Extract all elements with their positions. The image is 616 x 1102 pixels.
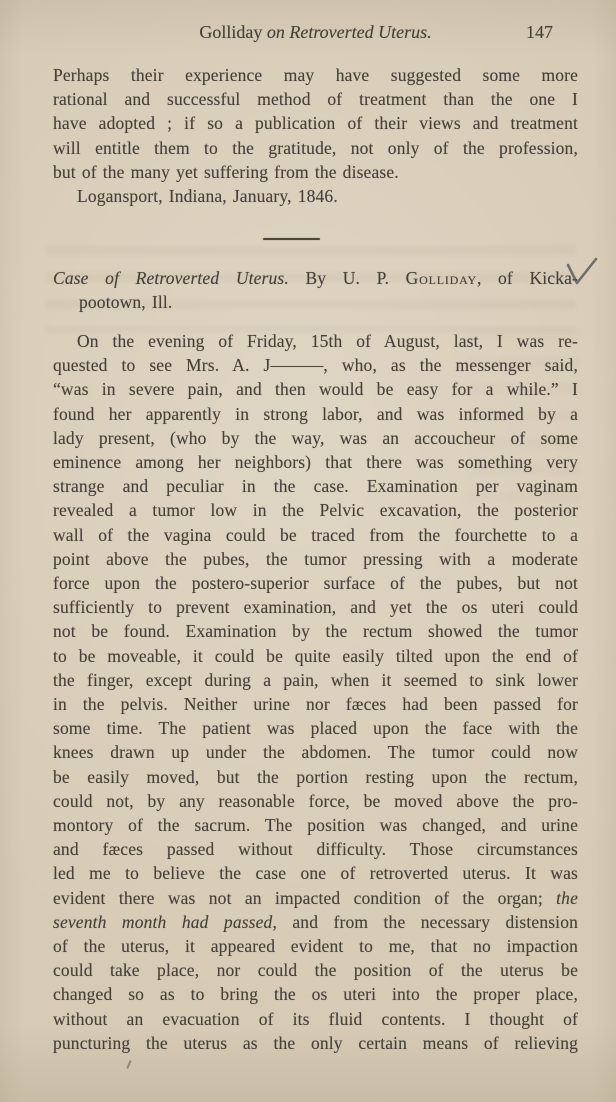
text-line: point above the pubes, the tumor pressin…	[53, 547, 578, 571]
italic-text: Case of Retroverted Uterus.	[53, 268, 289, 288]
text-line: without an evacuation of its fluid conte…	[53, 1007, 578, 1031]
case-heading: Case of Retroverted Uterus. By U. P. Gol…	[53, 266, 578, 314]
text-line: On the evening of Friday, 15th of August…	[53, 329, 578, 353]
text-line: rational and successful method of treatm…	[53, 87, 578, 111]
text-segment: will entitle them to the gratitude, not …	[53, 138, 578, 158]
text-segment: could take place, nor could the position…	[53, 960, 578, 980]
text-segment: the finger, except during a pain, when i…	[53, 670, 578, 690]
text-segment: found her apparently in strong labor, an…	[53, 404, 578, 424]
scanned-book-page: Golliday on Retroverted Uterus. 147 Perh…	[0, 0, 616, 1102]
text-line: evident there was not an impacted condit…	[53, 886, 578, 910]
text-line: force upon the postero-superior surface …	[53, 571, 578, 595]
text-line: puncturing the uterus as the only certai…	[53, 1031, 578, 1055]
pencil-check-mark	[563, 256, 601, 294]
text-line: could not, by any reasonable force, be m…	[53, 789, 578, 813]
text-segment: have adopted ; if so a publication of th…	[53, 113, 578, 133]
text-line: lady present, (who by the way, was an ac…	[53, 426, 578, 450]
text-segment: eminence among her neighbors) that there…	[53, 452, 578, 472]
text-segment: “was in severe pain, and then would be e…	[53, 379, 578, 399]
text-segment: to be moveable, it could be quite easily…	[53, 646, 578, 666]
text-line: have adopted ; if so a publication of th…	[53, 111, 578, 135]
text-line: strange and peculiar in the case. Examin…	[53, 474, 578, 498]
text-segment: and fæces passed without difficulty. Tho…	[53, 839, 578, 859]
text-line: pootown, Ill.	[53, 290, 578, 314]
text-segment: strange and peculiar in the case. Examin…	[53, 476, 578, 496]
text-segment: without an evacuation of its fluid conte…	[53, 1009, 578, 1029]
section-divider	[263, 238, 320, 240]
text-segment: revealed a tumor low in the Pelvic excav…	[53, 500, 578, 520]
text-segment: some time. The patient was placed upon t…	[53, 718, 578, 738]
text-segment: sufficiently to prevent examination, and…	[53, 597, 578, 617]
text-segment: force upon the postero-superior surface …	[53, 573, 578, 593]
text-line: changed so as to bring the os uteri into…	[53, 982, 578, 1006]
text-segment: By U. P.	[289, 268, 406, 288]
text-segment: Logansport, Indiana, January, 1846.	[77, 186, 338, 206]
text-segment: of the uterus, it appeared evident to me…	[53, 936, 578, 956]
text-segment: point above the pubes, the tumor pressin…	[53, 549, 578, 569]
text-line: and fæces passed without difficulty. Tho…	[53, 837, 578, 861]
page-number: 147	[526, 22, 553, 43]
text-line: will entitle them to the gratitude, not …	[53, 136, 578, 160]
text-segment: montory of the sacrum. The position was …	[53, 815, 578, 835]
text-line: “was in severe pain, and then would be e…	[53, 377, 578, 401]
text-line: montory of the sacrum. The position was …	[53, 813, 578, 837]
text-line: Case of Retroverted Uterus. By U. P. Gol…	[53, 266, 578, 290]
text-line: eminence among her neighbors) that there…	[53, 450, 578, 474]
text-segment: Perhaps their experience may have sugges…	[53, 65, 578, 85]
text-line: quested to see Mrs. A. J———, who, as the…	[53, 353, 578, 377]
running-head-title: on Retroverted Uterus.	[267, 22, 432, 42]
smallcaps-name: Golliday	[406, 268, 477, 288]
text-line: led me to believe the case one of retrov…	[53, 861, 578, 885]
text-line: be easily moved, but the portion resting…	[53, 765, 578, 789]
text-line: some time. The patient was placed upon t…	[53, 716, 578, 740]
text-line: sufficiently to prevent examination, and…	[53, 595, 578, 619]
text-line: to be moveable, it could be quite easily…	[53, 644, 578, 668]
text-line: found her apparently in strong labor, an…	[53, 402, 578, 426]
text-segment: puncturing the uterus as the only certai…	[53, 1033, 578, 1053]
text-line: Perhaps their experience may have sugges…	[53, 63, 578, 87]
text-line: revealed a tumor low in the Pelvic excav…	[53, 498, 578, 522]
text-segment: knees drawn up under the abdomen. The tu…	[53, 742, 578, 762]
intro-paragraph: Perhaps their experience may have sugges…	[53, 63, 578, 208]
text-line: seventh month had passed, and from the n…	[53, 910, 578, 934]
text-segment: in the pelvis. Neither urine nor fæces h…	[53, 694, 578, 714]
text-line: knees drawn up under the abdomen. The tu…	[53, 740, 578, 764]
text-line: could take place, nor could the position…	[53, 958, 578, 982]
text-segment: lady present, (who by the way, was an ac…	[53, 428, 578, 448]
text-line: the finger, except during a pain, when i…	[53, 668, 578, 692]
text-segment: wall of the vagina could be traced from …	[53, 525, 578, 545]
text-segment: rational and successful method of treatm…	[53, 89, 578, 109]
text-segment: quested to see Mrs. A. J———, who, as the…	[53, 355, 578, 375]
text-line: wall of the vagina could be traced from …	[53, 523, 578, 547]
text-segment: but of the many yet suffering from the d…	[53, 162, 399, 182]
text-segment: , and from the necessary distension	[272, 912, 578, 932]
running-head: Golliday on Retroverted Uterus.	[53, 22, 578, 43]
text-segment: evident there was not an impacted condit…	[53, 888, 556, 908]
running-head-author: Golliday	[199, 22, 267, 42]
text-segment: changed so as to bring the os uteri into…	[53, 984, 578, 1004]
text-segment: On the evening of Friday, 15th of August…	[77, 331, 578, 351]
text-segment: led me to believe the case one of retrov…	[53, 863, 578, 883]
italic-text: the	[556, 888, 578, 908]
small-pencil-tick	[126, 1060, 131, 1069]
text-segment: not be found. Examination by the rectum …	[53, 621, 578, 641]
text-segment: be easily moved, but the portion resting…	[53, 767, 578, 787]
text-line: Logansport, Indiana, January, 1846.	[53, 184, 578, 208]
text-segment: could not, by any reasonable force, be m…	[53, 791, 578, 811]
text-line: in the pelvis. Neither urine nor fæces h…	[53, 692, 578, 716]
text-line: not be found. Examination by the rectum …	[53, 619, 578, 643]
italic-text: seventh month had passed	[53, 912, 272, 932]
text-line: of the uterus, it appeared evident to me…	[53, 934, 578, 958]
text-line: but of the many yet suffering from the d…	[53, 160, 578, 184]
case-paragraph: On the evening of Friday, 15th of August…	[53, 329, 578, 1055]
text-segment: pootown, Ill.	[79, 292, 172, 312]
